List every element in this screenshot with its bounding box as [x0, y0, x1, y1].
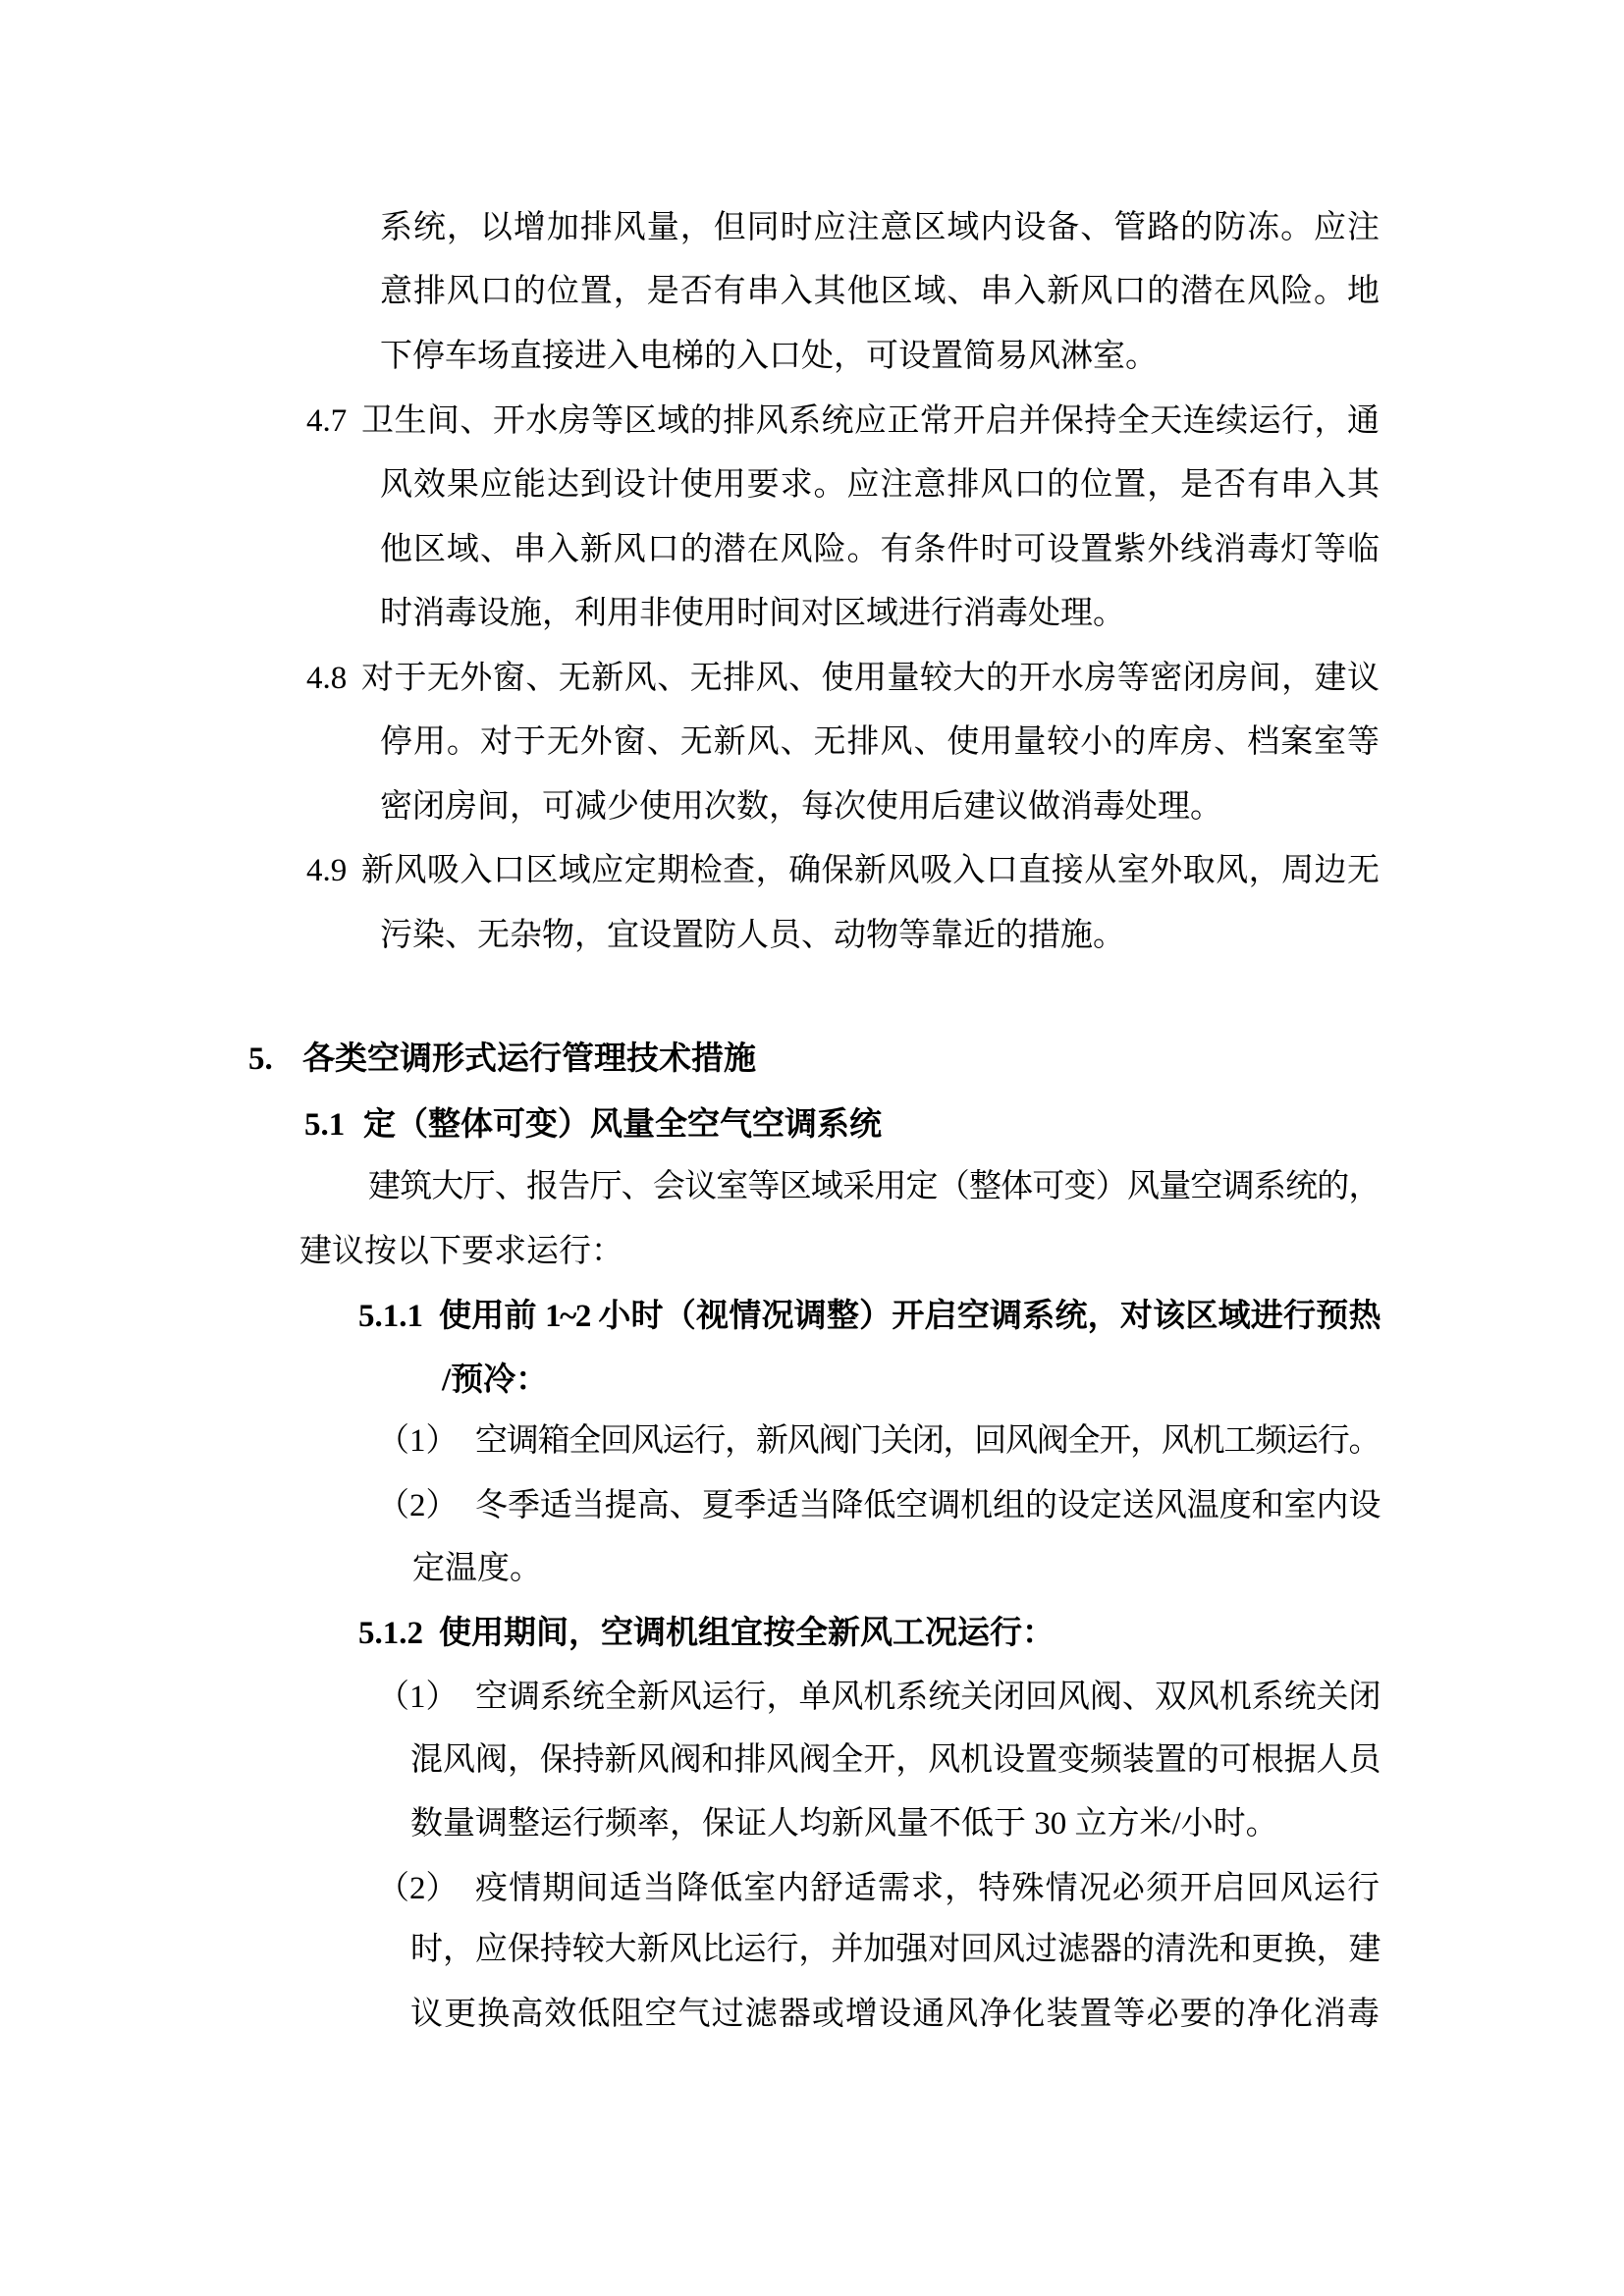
text-line: 停用。对于无外窗、无新风、无排风、使用量较小的库房、档案室等	[380, 721, 1380, 763]
text-line: 建筑大厅、报告厅、会议室等区域采用定（整体可变）风量空调系统的，	[368, 1166, 1380, 1207]
text-line: 新风吸入口区域应定期检查，确保新风吸入口直接从室外取风，周边无	[361, 850, 1380, 891]
item-number: 4.8	[306, 658, 347, 699]
item-number: 5.1.1	[358, 1296, 423, 1337]
text-line: 使用期间，空调机组宜按全新风工况运行：	[439, 1613, 1055, 1654]
text-line: 疫情期间适当降低室内舒适需求，特殊情况必须开启回风运行	[475, 1868, 1380, 1909]
text-line: 空调系统全新风运行，单风机系统关闭回风阀、双风机系统关闭	[475, 1677, 1380, 1718]
item-number: 5.	[248, 1039, 273, 1080]
text-line: 对于无外窗、无新风、无排风、使用量较大的开水房等密闭房间，建议	[361, 658, 1380, 699]
text-line: 污染、无杂物，宜设置防人员、动物等靠近的措施。	[380, 915, 1125, 956]
item-number: 5.1.2	[358, 1613, 423, 1654]
text-line: 建议按以下要求运行：	[299, 1231, 623, 1272]
item-number: 4.7	[306, 400, 347, 442]
document-page: 系统，以增加排风量，但同时应注意区域内设备、管路的防冻。应注意排风口的位置，是否…	[0, 0, 1624, 2296]
text-line: 空调箱全回风运行，新风阀门关闭，回风阀全开，风机工频运行。	[475, 1420, 1380, 1462]
text-line: 议更换高效低阻空气过滤器或增设通风净化装置等必要的净化消毒	[410, 1994, 1380, 2035]
text-line: 密闭房间，可减少使用次数，每次使用后建议做消毒处理。	[380, 786, 1222, 828]
text-line: 使用前 1~2 小时（视情况调整）开启空调系统，对该区域进行预热	[439, 1296, 1380, 1337]
text-line: 冬季适当提高、夏季适当降低空调机组的设定送风温度和室内设	[475, 1485, 1380, 1526]
text-line: 风效果应能达到设计使用要求。应注意排风口的位置，是否有串入其	[380, 464, 1380, 506]
text-line: 数量调整运行频率，保证人均新风量不低于 30 立方米/小时。	[410, 1803, 1278, 1844]
item-number: （1）	[377, 1677, 459, 1718]
text-line: 定（整体可变）风量全空气空调系统	[363, 1104, 882, 1146]
text-line: 时消毒设施，利用非使用时间对区域进行消毒处理。	[380, 593, 1125, 634]
text-line: 各类空调形式运行管理技术措施	[302, 1039, 756, 1080]
text-line: 意排风口的位置，是否有串入其他区域、串入新风口的潜在风险。地	[380, 271, 1380, 312]
text-line: 系统，以增加排风量，但同时应注意区域内设备、管路的防冻。应注	[380, 207, 1380, 248]
text-line: 时，应保持较大新风比运行，并加强对回风过滤器的清洗和更换，建	[410, 1929, 1380, 1970]
text-line: 卫生间、开水房等区域的排风系统应正常开启并保持全天连续运行，通	[361, 400, 1380, 442]
item-number: 4.9	[306, 850, 347, 891]
item-number: （2）	[377, 1868, 459, 1909]
text-line: 混风阀，保持新风阀和排风阀全开，风机设置变频装置的可根据人员	[410, 1739, 1380, 1781]
item-number: 5.1	[304, 1104, 345, 1146]
item-number: （1）	[377, 1420, 459, 1462]
text-line: 下停车场直接进入电梯的入口处，可设置简易风淋室。	[380, 336, 1158, 377]
text-line: 他区域、串入新风口的潜在风险。有条件时可设置紫外线消毒灯等临	[380, 529, 1380, 570]
text-line: /预冷：	[442, 1360, 548, 1401]
text-line: 定温度。	[412, 1548, 542, 1589]
item-number: （2）	[377, 1485, 459, 1526]
